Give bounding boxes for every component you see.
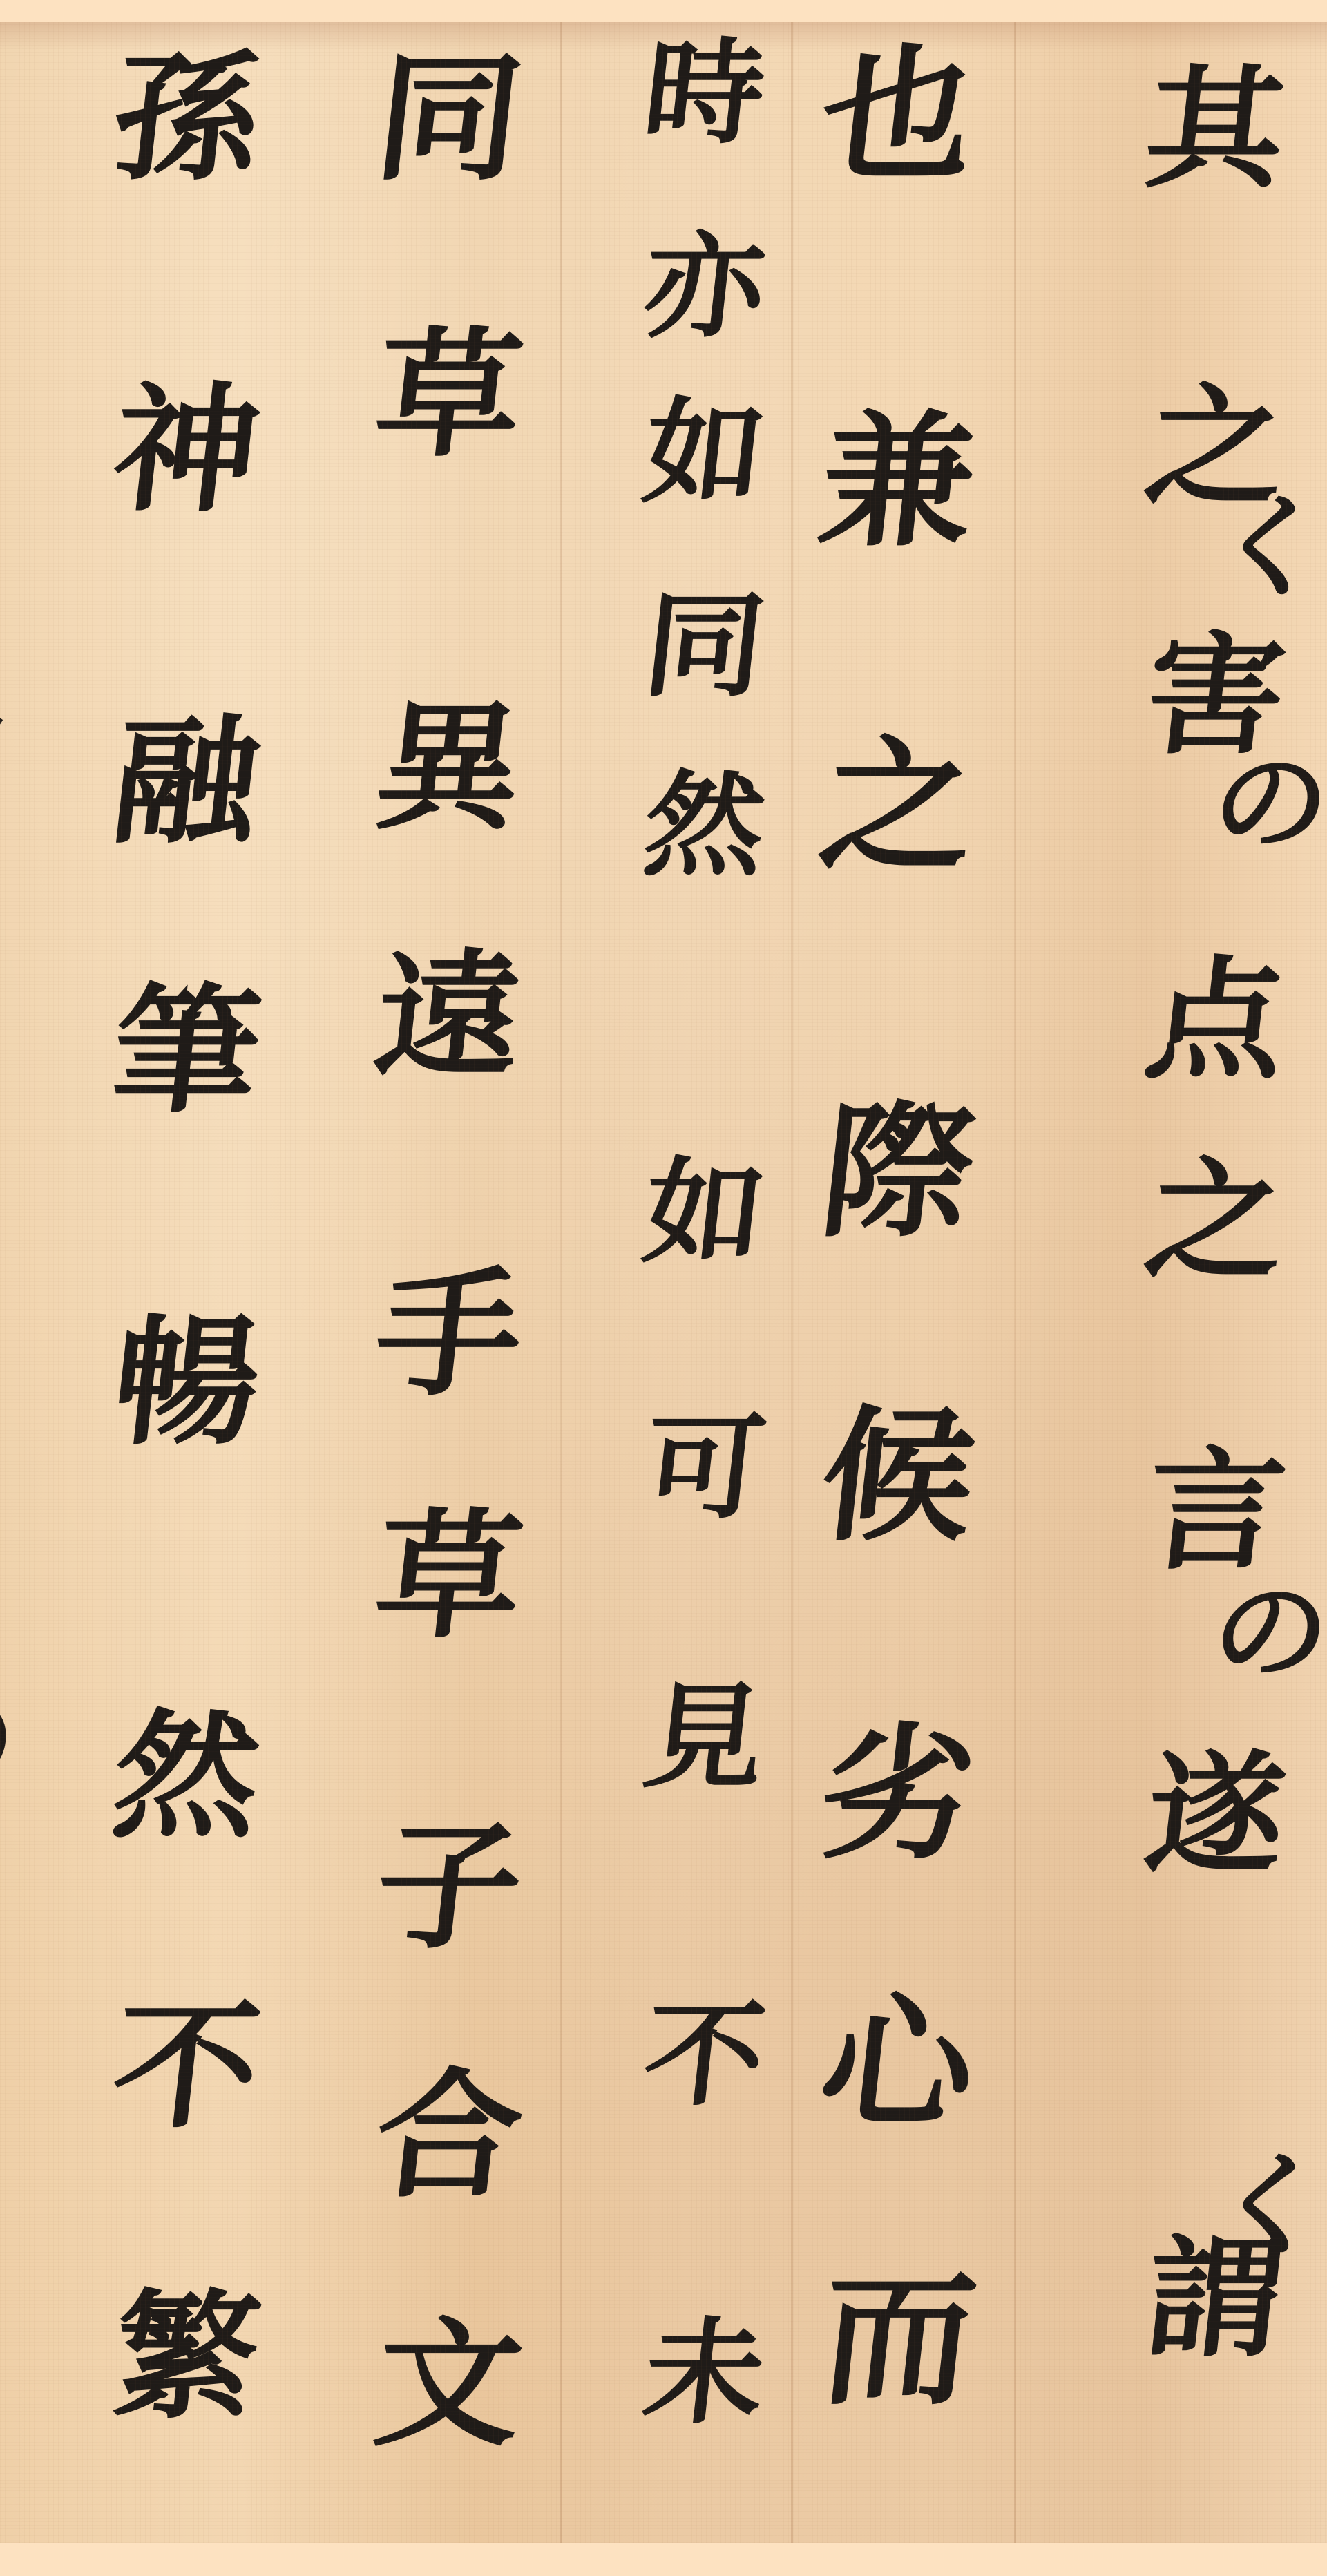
calligraphy-character: 異 — [325, 699, 573, 837]
calligraphy-character: 遠 — [325, 948, 573, 1086]
calligraphy-character: 可 — [602, 1411, 806, 1525]
calligraphy-column: 也兼之際候劣心而 — [782, 22, 1014, 2543]
calligraphy-character: 兼 — [768, 409, 1028, 554]
calligraphy-character: ろ — [0, 1058, 63, 1183]
calligraphy-character: し — [0, 644, 63, 768]
calligraphy-character: 際 — [768, 1100, 1028, 1245]
calligraphy-character: 神 — [63, 381, 310, 519]
calligraphy-character: 劣 — [768, 1721, 1028, 1867]
calligraphy-character: 同 — [602, 589, 806, 703]
calligraphy-character: 文 — [325, 2316, 573, 2454]
calligraphy-character: 未 — [602, 2316, 806, 2430]
paper-seam — [1014, 22, 1016, 2543]
calligraphy-character: 融 — [63, 713, 310, 851]
edge-fragment-column: しろの — [0, 22, 51, 2543]
calligraphy-character: 如 — [602, 1155, 806, 1269]
calligraphy-character: 草 — [325, 1507, 573, 1645]
calligraphy-column: 時亦如同然如可見不未 — [613, 22, 796, 2543]
calligraphy-column: 孫神融筆暢然不繁 — [76, 22, 297, 2543]
calligraphy-character: 亦 — [602, 229, 806, 343]
calligraphy-paper: 其之害点之言遂謂也兼之際候劣心而時亦如同然如可見不未同草異遠手草子合文孫神融筆暢… — [0, 22, 1327, 2543]
calligraphy-character: 如 — [602, 395, 806, 509]
calligraphy-character: 子 — [325, 1818, 573, 1956]
calligraphy-character: 不 — [63, 1998, 310, 2136]
calligraphy-character: 然 — [602, 768, 806, 882]
calligraphy-character: 孫 — [63, 50, 310, 188]
calligraphy-character: 時 — [602, 36, 806, 150]
calligraphy-character: の — [0, 1680, 63, 1804]
calligraphy-character: く — [1172, 2150, 1327, 2260]
calligraphy-character: の — [1172, 747, 1327, 858]
calligraphy-character: 手 — [325, 1266, 573, 1404]
bottom-border — [0, 2543, 1327, 2576]
calligraphy-character: 見 — [602, 1680, 806, 1794]
calligraphy-column: 同草異遠手草子合文 — [338, 22, 560, 2543]
top-border — [0, 0, 1327, 22]
edge-fragment-column: くののく — [1183, 22, 1327, 2543]
calligraphy-character: 繁 — [63, 2288, 310, 2426]
calligraphy-character: 候 — [768, 1404, 1028, 1549]
calligraphy-character: く — [1172, 492, 1327, 602]
calligraphy-character: 之 — [768, 734, 1028, 879]
calligraphy-character: の — [1172, 1576, 1327, 1687]
calligraphy-character: 草 — [325, 326, 573, 464]
calligraphy-character: 不 — [602, 1998, 806, 2112]
calligraphy-character: 而 — [768, 2267, 1028, 2412]
calligraphy-character: 筆 — [63, 982, 310, 1120]
calligraphy-character: 同 — [325, 50, 573, 188]
calligraphy-character: 心 — [768, 1991, 1028, 2136]
calligraphy-character: 然 — [63, 1708, 310, 1846]
calligraphy-character: 也 — [768, 43, 1028, 188]
calligraphy-character: 暢 — [63, 1314, 310, 1452]
calligraphy-character: 合 — [325, 2067, 573, 2205]
